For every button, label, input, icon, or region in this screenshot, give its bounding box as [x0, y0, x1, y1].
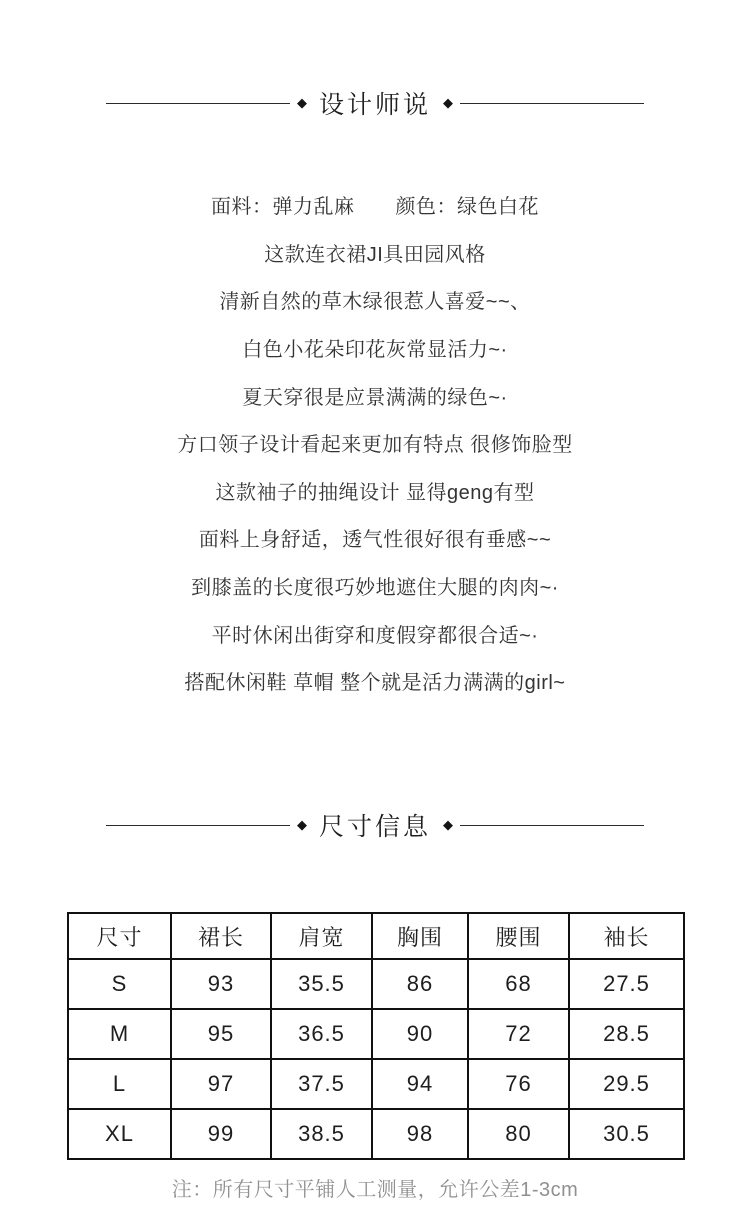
measurement-note: 注：所有尺寸平铺人工测量，允许公差1-3cm — [0, 1176, 750, 1204]
description-line: 夏天穿很是应景满满的绿色~· — [0, 371, 750, 419]
header-line-right — [460, 825, 644, 826]
description-line: 这款袖子的抽绳设计 显得geng有型 — [0, 467, 750, 515]
description-line: 搭配休闲鞋 草帽 整个就是活力满满的girl~ — [0, 657, 750, 705]
size-table-cell: 35.5 — [271, 959, 372, 1009]
description-line: 面料：弹力乱麻 颜色：绿色白花 — [0, 181, 750, 229]
size-table-cell: 36.5 — [271, 1009, 372, 1059]
size-table-cell: 76 — [468, 1059, 569, 1109]
size-table-cell: 93 — [171, 959, 271, 1009]
designer-section-title: 设计师说 — [319, 85, 431, 121]
size-table-cell: 95 — [171, 1009, 271, 1059]
size-section-title: 尺寸信息 — [319, 807, 431, 843]
header-line-left — [106, 825, 290, 826]
size-table-header-cell: 腰围 — [468, 913, 569, 959]
size-table-row: S9335.5866827.5 — [68, 959, 684, 1009]
header-line-right — [460, 103, 644, 104]
header-line-left — [106, 103, 290, 104]
size-table-cell: 72 — [468, 1009, 569, 1059]
size-section-header: ◆ 尺寸信息 ◆ — [0, 810, 750, 840]
size-table-cell: 99 — [171, 1109, 271, 1159]
size-table-header-row: 尺寸裙长肩宽胸围腰围袖长 — [68, 913, 684, 959]
size-table-row: XL9938.5988030.5 — [68, 1109, 684, 1159]
size-table-cell: 98 — [372, 1109, 468, 1159]
description-line: 方口领子设计看起来更加有特点 很修饰脸型 — [0, 419, 750, 467]
size-table-cell: 29.5 — [569, 1059, 684, 1109]
size-table-cell: 38.5 — [271, 1109, 372, 1159]
size-table-cell: 80 — [468, 1109, 569, 1159]
size-table-cell: 68 — [468, 959, 569, 1009]
size-table-cell: L — [68, 1059, 171, 1109]
diamond-icon: ◆ — [443, 96, 453, 109]
size-table: 尺寸裙长肩宽胸围腰围袖长 S9335.5866827.5M9536.590722… — [67, 912, 685, 1160]
description-line: 到膝盖的长度很巧妙地遮住大腿的肉肉~· — [0, 562, 750, 610]
product-detail-page: ◆ 设计师说 ◆ 面料：弹力乱麻 颜色：绿色白花这款连衣裙JI具田园风格清新自然… — [0, 0, 750, 1221]
size-table-cell: M — [68, 1009, 171, 1059]
size-table-cell: 94 — [372, 1059, 468, 1109]
size-table-cell: 86 — [372, 959, 468, 1009]
description-line: 面料上身舒适，透气性很好很有垂感~~ — [0, 514, 750, 562]
description-line: 这款连衣裙JI具田园风格 — [0, 229, 750, 277]
diamond-icon: ◆ — [297, 818, 307, 831]
size-table-header-cell: 尺寸 — [68, 913, 171, 959]
description-line: 平时休闲出街穿和度假穿都很合适~· — [0, 609, 750, 657]
size-table-header-cell: 裙长 — [171, 913, 271, 959]
size-table-cell: 30.5 — [569, 1109, 684, 1159]
description-line: 白色小花朵印花灰常显活力~· — [0, 324, 750, 372]
diamond-icon: ◆ — [443, 818, 453, 831]
designer-section-header: ◆ 设计师说 ◆ — [0, 88, 750, 118]
size-table-row: L9737.5947629.5 — [68, 1059, 684, 1109]
size-table-cell: XL — [68, 1109, 171, 1159]
size-table-cell: 27.5 — [569, 959, 684, 1009]
size-table-cell: S — [68, 959, 171, 1009]
size-table-cell: 90 — [372, 1009, 468, 1059]
size-table-row: M9536.5907228.5 — [68, 1009, 684, 1059]
size-table-header-cell: 胸围 — [372, 913, 468, 959]
size-table-cell: 97 — [171, 1059, 271, 1109]
size-table-header-cell: 袖长 — [569, 913, 684, 959]
size-table-cell: 28.5 — [569, 1009, 684, 1059]
size-table-cell: 37.5 — [271, 1059, 372, 1109]
diamond-icon: ◆ — [297, 96, 307, 109]
designer-description: 面料：弹力乱麻 颜色：绿色白花这款连衣裙JI具田园风格清新自然的草木绿很惹人喜爱… — [0, 181, 750, 705]
description-line: 清新自然的草木绿很惹人喜爱~~、 — [0, 276, 750, 324]
size-table-header-cell: 肩宽 — [271, 913, 372, 959]
